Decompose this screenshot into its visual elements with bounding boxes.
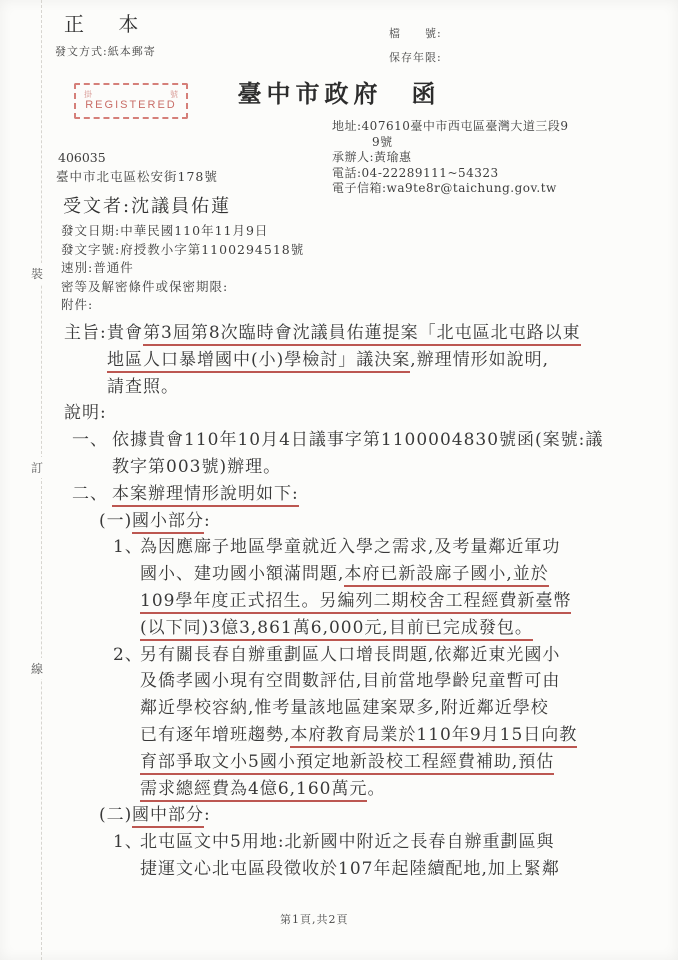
document-title: 臺中市政府 函	[238, 74, 441, 109]
delivery-method-label: 發文方式:紙本郵寄	[55, 43, 156, 59]
agency-contact-person: 承辦人:黃瑜惠	[332, 150, 569, 166]
attachment-line: 附件:	[61, 296, 304, 315]
binding-mark-ding: 訂	[27, 457, 47, 478]
file-number-label: 檔 號:	[389, 25, 442, 41]
page-number-footer: 第1頁,共2頁	[280, 911, 349, 927]
binding-mark-xian: 線	[27, 658, 47, 679]
subject-paragraph: 主旨:貴會第3屆第8次臨時會沈議員佑蓮提案「北屯區北屯路以東地區人口暴增國中(小…	[64, 320, 652, 400]
agency-email: 電子信箱:wa9te8r@taichung.gov.tw	[332, 181, 569, 197]
recipient-zip: 406035	[58, 150, 106, 165]
letter-body: 主旨:貴會第3屆第8次臨時會沈議員佑蓮提案「北屯區北屯路以東地區人口暴增國中(小…	[64, 320, 652, 883]
elementary-point-1: 1、為因應廍子地區學童就近入學之需求,及考量鄰近軍功國小、建功國小額滿問題,本府…	[64, 534, 652, 641]
registered-mail-stamp: 掛 號 REGISTERED	[74, 83, 188, 119]
explanation-heading: 說明:	[64, 400, 652, 427]
section-junior-high-heading: (二)國中部分:	[64, 802, 652, 829]
agency-address-line-wrap: 9號	[332, 135, 569, 151]
stamp-chinese-row: 掛 號	[76, 91, 186, 99]
stamp-registered-text: REGISTERED	[76, 99, 186, 111]
agency-phone: 電話:04-22289111~54323	[332, 166, 569, 182]
stamp-char-left: 掛	[84, 91, 92, 99]
copy-type-label: 正 本	[64, 8, 152, 37]
document-meta-block: 發文日期:中華民國110年11月9日 發文字號:府授教小字第1100294518…	[61, 222, 304, 315]
scanned-official-letter-page: 裝 訂 線 正 本 發文方式:紙本郵寄 檔 號: 保存年限: 掛 號 REGIS…	[0, 0, 678, 960]
recipient-line: 受文者:沈議員佑蓮	[63, 192, 231, 218]
security-line: 密等及解密條件或保密期限:	[61, 278, 304, 297]
issue-date-line: 發文日期:中華民國110年11月9日	[61, 222, 304, 241]
elementary-point-2: 2、另有關長春自辦重劃區人口增長問題,依鄰近東光國小及僑孝國小現有空間數評估,目…	[64, 642, 652, 803]
retention-period-label: 保存年限:	[389, 49, 442, 65]
binding-dashed-line	[41, 0, 42, 960]
explanation-item-1: 一、依據貴會110年10月4日議事字第1100004830號函(案號:議教字第0…	[64, 427, 652, 481]
doc-number-line: 發文字號:府授教小字第1100294518號	[61, 241, 304, 260]
agency-address-line: 地址:407610臺中市西屯區臺灣大道三段9	[332, 119, 569, 135]
stamp-char-right: 號	[170, 91, 178, 99]
junior-high-point-1: 1、北屯區文中5用地:北新國中附近之長春自辦重劃區與捷運文心北屯區段徵收於107…	[64, 829, 652, 883]
binding-mark-zhuang: 裝	[27, 263, 47, 284]
agency-contact-block: 地址:407610臺中市西屯區臺灣大道三段9 9號 承辦人:黃瑜惠 電話:04-…	[332, 119, 569, 197]
explanation-item-2: 二、本案辦理情形說明如下:	[64, 481, 652, 508]
speed-line: 速別:普通件	[61, 259, 304, 278]
section-elementary-heading: (一)國小部分:	[64, 508, 652, 535]
recipient-address: 臺中市北屯區松安街178號	[56, 167, 218, 185]
